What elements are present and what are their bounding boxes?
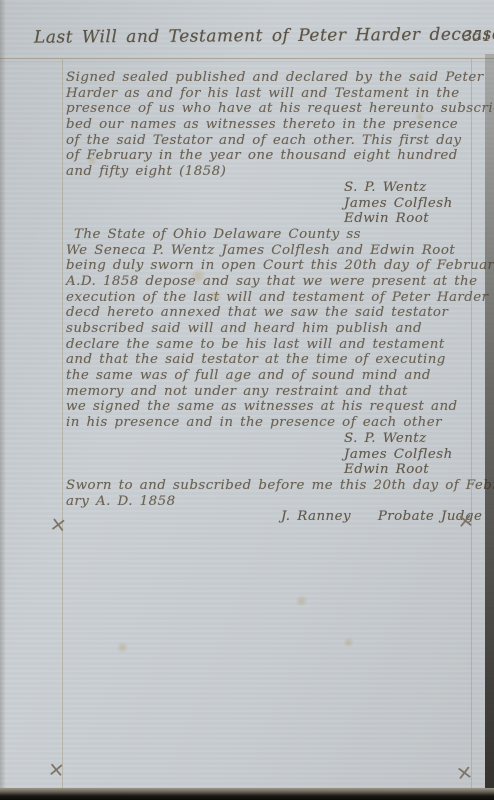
manuscript-line: James Colflesh [66, 196, 472, 212]
paper-stain [342, 638, 355, 647]
manuscript-line: declare the same to be his last will and… [66, 337, 472, 353]
x-pen-mark: × [456, 509, 475, 531]
manuscript-line: and fifty eight (1858) [66, 164, 472, 180]
paper-stain [86, 155, 98, 165]
page-title: Last Will and Testament of Peter Harder … [34, 24, 494, 47]
paper-stain [414, 112, 425, 121]
manuscript-line: and that the said testator at the time o… [66, 352, 472, 368]
manuscript-line: decd hereto annexed that we saw the said… [66, 305, 472, 321]
manuscript-line: Edwin Root [66, 462, 472, 478]
manuscript-line: Edwin Root [66, 211, 472, 227]
paper-stain [294, 596, 309, 606]
manuscript-line: ary A. D. 1858 [66, 494, 472, 510]
manuscript-line: James Colflesh [66, 447, 472, 463]
book-page-edge-right [485, 54, 494, 800]
manuscript-line: Harder as and for his last will and Test… [66, 86, 472, 102]
paper-stain [116, 642, 129, 653]
photo-edge-left [0, 0, 6, 800]
manuscript-line: in his presence and in the presence of e… [66, 415, 472, 431]
manuscript-line: memory and not under any restraint and t… [66, 384, 472, 400]
manuscript-line: The State of Ohio Delaware County ss [66, 227, 472, 243]
manuscript-lines: Signed sealed published and declared by … [66, 70, 472, 525]
manuscript-line: presence of us who have at his request h… [66, 101, 472, 117]
manuscript-line: being duly sworn in open Court this 20th… [66, 258, 472, 274]
manuscript-line: Sworn to and subscribed before me this 2… [66, 478, 472, 494]
manuscript-line: the same was of full age and of sound mi… [66, 368, 472, 384]
manuscript-line: of the said Testator and of each other. … [66, 133, 472, 149]
x-pen-mark: × [49, 513, 68, 535]
manuscript-line: S. P. Wentz [66, 180, 472, 196]
scanned-will-page: Last Will and Testament of Peter Harder … [0, 0, 494, 800]
header-rule-line [0, 58, 494, 59]
manuscript-line: we signed the same as witnesses at his r… [66, 399, 472, 415]
x-pen-mark: × [47, 758, 65, 779]
book-page-edge-bottom [0, 788, 494, 800]
manuscript-line: subscribed said will and heard him publi… [66, 321, 472, 337]
left-margin-line [62, 59, 63, 788]
manuscript-line: Signed sealed published and declared by … [66, 70, 472, 86]
manuscript-line: bed our names as witnesses thereto in th… [66, 117, 472, 133]
manuscript-line: A.D. 1858 depose and say that we were pr… [66, 274, 472, 290]
manuscript-line: of February in the year one thousand eig… [66, 148, 472, 164]
manuscript-line: execution of the last will and testament… [66, 290, 472, 306]
manuscript-line: S. P. Wentz [66, 431, 472, 447]
header-rule-line-shadow [0, 61, 494, 62]
manuscript-line: J. Ranney Probate Judge [66, 509, 472, 525]
x-pen-mark: × [455, 761, 474, 783]
page-number: 351 [463, 27, 492, 45]
manuscript-line: We Seneca P. Wentz James Colflesh and Ed… [66, 243, 472, 259]
